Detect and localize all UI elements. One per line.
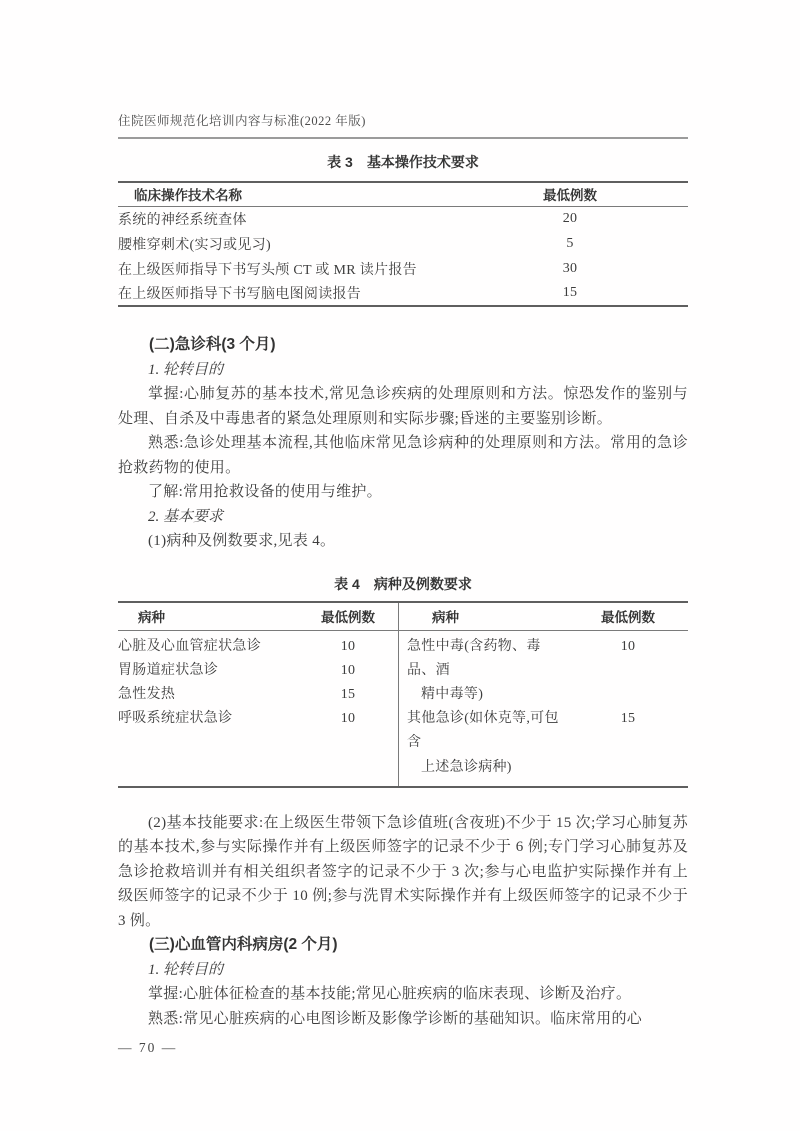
page-number: — 70 — [118, 1040, 688, 1056]
table3-col-name: 临床操作技术名称 [118, 182, 452, 206]
table4-right-header: 病种 最低例数 [399, 603, 688, 631]
table4-left-group: 病种 最低例数 心脏及心血管症状急诊 10 胃肠道症状急诊 10 急性发热 15 [118, 603, 398, 786]
table-row: 在上级医师指导下书写头颅 CT 或 MR 读片报告 30 [118, 256, 688, 281]
table4-title: 表 4 病种及例数要求 [118, 576, 688, 592]
min-cases: 15 [298, 683, 398, 707]
paragraph-master: 掌握:心肺复苏的基本技术,常见急诊疾病的处理原则和方法。惊恐发作的鉴别与处理、自… [118, 382, 688, 431]
document-page: 住院医师规范化培训内容与标准(2022 年版) 表 3 基本操作技术要求 临床操… [0, 0, 800, 1131]
disease-name: 急性中毒(含药物、毒品、酒精中毒等) [399, 635, 568, 708]
procedure-name: 在上级医师指导下书写头颅 CT 或 MR 读片报告 [118, 256, 452, 281]
header-rule [118, 137, 688, 139]
running-header: 住院医师规范化培训内容与标准(2022 年版) [118, 112, 688, 130]
min-cases: 30 [452, 256, 688, 281]
table3: 临床操作技术名称 最低例数 系统的神经系统查体 20 腰椎穿刺术(实习或见习) … [118, 181, 688, 307]
section-heading-emergency: (二)急诊科(3 个月) [118, 333, 688, 358]
table-row: 急性中毒(含药物、毒品、酒精中毒等) 10 [399, 635, 688, 708]
table-row: 腰椎穿刺术(实习或见习) 5 [118, 231, 688, 256]
paragraph-req2: (2)基本技能要求:在上级医生带领下急诊值班(含夜班)不少于 15 次;学习心肺… [118, 811, 688, 934]
paragraph-know: 了解:常用抢救设备的使用与维护。 [118, 480, 688, 505]
table4: 病种 最低例数 心脏及心血管症状急诊 10 胃肠道症状急诊 10 急性发热 15 [118, 601, 688, 788]
disease-name: 其他急诊(如休克等,可包含上述急诊病种) [399, 707, 568, 780]
min-cases: 10 [298, 659, 398, 683]
table-row: 系统的神经系统查体 20 [118, 206, 688, 231]
paragraph-familiar: 熟悉:常见心脏疾病的心电图诊断及影像学诊断的基础知识。临床常用的心 [118, 1007, 688, 1032]
paragraph-master: 掌握:心脏体征检查的基本技能;常见心脏疾病的临床表现、诊断及治疗。 [118, 982, 688, 1007]
table4-col-disease: 病种 [399, 606, 568, 626]
min-cases: 15 [452, 281, 688, 306]
table3-title: 表 3 基本操作技术要求 [118, 154, 688, 170]
disease-name-line2: 精中毒等) [407, 683, 568, 707]
procedure-name: 系统的神经系统查体 [118, 206, 452, 231]
disease-name-line1: 急性中毒(含药物、毒品、酒 [407, 639, 541, 678]
disease-name: 心脏及心血管症状急诊 [118, 635, 298, 659]
table-row: 胃肠道症状急诊 10 [118, 659, 398, 683]
table4-col-min: 最低例数 [568, 606, 688, 626]
disease-name: 呼吸系统症状急诊 [118, 707, 298, 731]
table4-col-min: 最低例数 [298, 606, 398, 626]
min-cases: 20 [452, 206, 688, 231]
subsection-rotation-purpose: 1. 轮转目的 [118, 958, 688, 983]
table4-col-disease: 病种 [118, 606, 298, 626]
procedure-name: 在上级医师指导下书写脑电图阅读报告 [118, 281, 452, 306]
table4-right-group: 病种 最低例数 急性中毒(含药物、毒品、酒精中毒等) 10 其他急诊(如休克等,… [398, 603, 688, 786]
procedure-name: 腰椎穿刺术(实习或见习) [118, 231, 452, 256]
min-cases: 5 [452, 231, 688, 256]
table3-header-row: 临床操作技术名称 最低例数 [118, 182, 688, 206]
disease-name-line2: 上述急诊病种) [407, 756, 568, 780]
table-row: 呼吸系统症状急诊 10 [118, 707, 398, 731]
table4-right-body: 急性中毒(含药物、毒品、酒精中毒等) 10 其他急诊(如休克等,可包含上述急诊病… [399, 631, 688, 786]
section-heading-cardiology: (三)心血管内科病房(2 个月) [118, 933, 688, 958]
table-row: 急性发热 15 [118, 683, 398, 707]
min-cases: 10 [298, 635, 398, 659]
table-row: 心脏及心血管症状急诊 10 [118, 635, 398, 659]
table4-left-body: 心脏及心血管症状急诊 10 胃肠道症状急诊 10 急性发热 15 呼吸系统症状急… [118, 631, 398, 738]
min-cases: 10 [298, 707, 398, 731]
disease-name-line1: 其他急诊(如休克等,可包含 [407, 711, 559, 750]
table-row: 其他急诊(如休克等,可包含上述急诊病种) 15 [399, 707, 688, 780]
table-row: 在上级医师指导下书写脑电图阅读报告 15 [118, 281, 688, 306]
paragraph-familiar: 熟悉:急诊处理基本流程,其他临床常见急诊病种的处理原则和方法。常用的急诊抢救药物… [118, 431, 688, 480]
min-cases: 15 [568, 707, 688, 731]
table3-col-min: 最低例数 [452, 182, 688, 206]
subsection-rotation-purpose: 1. 轮转目的 [118, 358, 688, 383]
disease-name: 胃肠道症状急诊 [118, 659, 298, 683]
page-content: 住院医师规范化培训内容与标准(2022 年版) 表 3 基本操作技术要求 临床操… [118, 0, 688, 1056]
disease-name: 急性发热 [118, 683, 298, 707]
min-cases: 10 [568, 635, 688, 659]
paragraph-req1: (1)病种及例数要求,见表 4。 [118, 529, 688, 554]
subsection-basic-requirements: 2. 基本要求 [118, 505, 688, 530]
table4-left-header: 病种 最低例数 [118, 603, 398, 631]
